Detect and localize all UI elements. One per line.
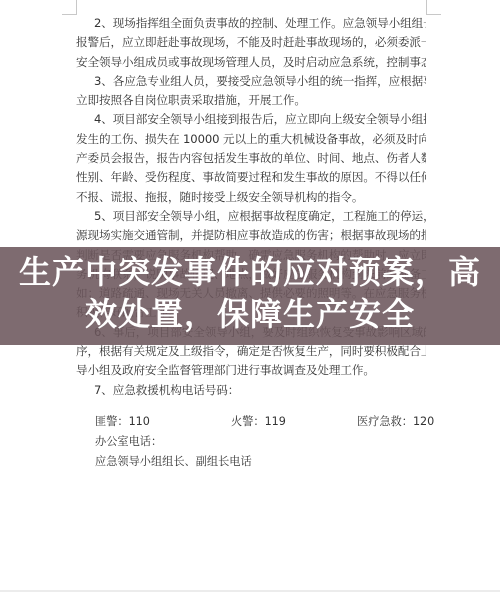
police-phone: 匪警：110 xyxy=(95,412,150,431)
medical-phone: 医疗急救：120 xyxy=(357,412,434,431)
text-line: 4、项目部安全领导小组接到报告后，应立即向上级安全领导小组报告。对 xyxy=(76,110,426,129)
text-line: 2、现场指挥组全面负责事故的控制、处理工作。应急领导小组组长在接到 xyxy=(76,14,426,33)
text-line: 7、应急救援机构电话号码： xyxy=(76,381,426,400)
text-line: 导小组及政府安全监督管理部门进行事故调查及处理工作。 xyxy=(76,361,426,380)
text-line: 安全领导小组成员或事故现场管理人员，及时启动应急系统，控制事态发展。 xyxy=(76,53,426,72)
text-line: 立即按照各自岗位职责采取措施，开展工作。 xyxy=(76,91,426,110)
text-line: 5、项目部安全领导小组，应根据事故程度确定，工程施工的停运，对危险 xyxy=(76,207,426,226)
text-line: 源现场实施交通管制，并提防相应事故造成的伤害；根据事故现场的报告，立即 xyxy=(76,226,426,245)
text-line: 3、各应急专业组人员，要接受应急领导小组的统一指挥，应根据事故特点， xyxy=(76,72,426,91)
headline-line-1: 生产中突发事件的应对预案，高 xyxy=(0,251,500,293)
crop-mark-top-right xyxy=(426,0,441,15)
office-phone-label: 办公室电话： xyxy=(95,432,162,451)
text-line: 不报、谎报、拖报，随时接受上级安全领导机构的指令。 xyxy=(76,188,426,207)
fire-phone: 火警：119 xyxy=(231,412,286,431)
headline-title: 生产中突发事件的应对预案，高 效处置，保障生产安全 xyxy=(0,251,500,335)
leader-phone-label: 应急领导小组组长、副组长电话 xyxy=(95,452,252,471)
text-line: 产委员会报告，报告内容包括发生事故的单位、时间、地点、伤者人数、姓名、 xyxy=(76,149,426,168)
crop-mark-top-left xyxy=(62,0,77,15)
text-line: 报警后，应立即赶赴事故现场，不能及时赶赴事故现场的，必须委派一名项目部 xyxy=(76,33,426,52)
emergency-phone-row: 匪警：110 火警：119 医疗急救：120 xyxy=(95,412,425,431)
headline-line-2: 效处置，保障生产安全 xyxy=(0,293,500,335)
text-line: 发生的工伤、损失在 10000 元以上的重大机械设备事故，必须及时向公司安全生 xyxy=(76,130,426,149)
text-line: 性别、年龄、受伤程度、事故简要过程和发生事故的原因。不得以任何借口隐瞒 xyxy=(76,168,426,187)
